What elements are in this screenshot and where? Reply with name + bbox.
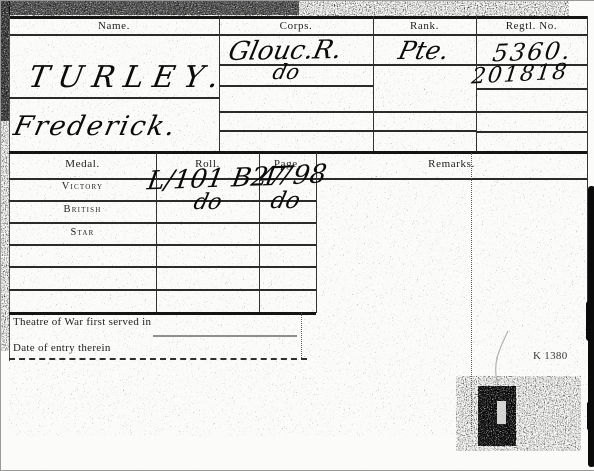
grid-line	[219, 111, 373, 113]
top-edge-smudge	[9, 1, 569, 16]
handwritten-forename: Frederick.	[11, 113, 179, 140]
top-left-smudge	[9, 1, 299, 15]
grid-line	[9, 312, 316, 315]
scan-edge-artifact	[586, 301, 594, 341]
stamp-smudge-notch	[497, 401, 506, 424]
handwritten-surname: TURLEY.	[26, 63, 229, 93]
rank-column-header: Rank.	[373, 20, 476, 32]
grid-line	[476, 131, 587, 133]
grid-line	[301, 313, 302, 360]
handwritten-page-victory: 4798	[258, 161, 328, 190]
remarks-column-header: Remarks.	[316, 158, 587, 170]
medal-row-label-star: Star	[9, 227, 156, 238]
handwritten-corps-2: do	[271, 62, 302, 83]
medal-index-card: Name. Corps. Rank. Regtl. No. Medal. Rol…	[0, 0, 594, 471]
theatre-answer-line	[153, 335, 297, 337]
grid-line	[9, 97, 219, 99]
theatre-of-war-label: Theatre of War first served in	[13, 316, 151, 328]
grid-line	[9, 151, 587, 154]
grid-line	[373, 111, 476, 113]
bottom-right-smudge	[456, 376, 581, 451]
grid-line	[9, 358, 307, 360]
date-of-entry-label: Date of entry therein	[13, 342, 111, 354]
remarks-divider-line	[471, 153, 472, 431]
medal-row-label-victory: Victory	[9, 181, 156, 192]
grid-line	[219, 85, 373, 87]
scan-edge-artifact	[587, 401, 594, 431]
form-code: K 1380	[533, 350, 568, 362]
handwritten-roll-british: do	[191, 192, 223, 214]
grid-line	[9, 289, 316, 291]
grid-line	[373, 16, 374, 152]
corps-column-header: Corps.	[219, 20, 373, 32]
regtl-no-column-header: Regtl. No.	[476, 20, 587, 32]
medal-column-header: Medal.	[9, 158, 156, 170]
grid-line	[9, 244, 316, 246]
handwritten-page-british: do	[268, 190, 302, 213]
grid-line	[476, 111, 587, 113]
name-column-header: Name.	[9, 20, 219, 32]
grid-line	[9, 266, 316, 268]
pen-squiggle-mark	[496, 331, 508, 385]
handwritten-rank-1: Pte.	[396, 38, 451, 63]
handwritten-regtl-no-2: 201818	[470, 62, 569, 89]
grid-line	[9, 16, 587, 19]
grid-line	[373, 130, 476, 132]
grid-line	[9, 222, 316, 224]
medal-row-label-british: British	[9, 204, 156, 215]
grid-line	[219, 130, 373, 132]
